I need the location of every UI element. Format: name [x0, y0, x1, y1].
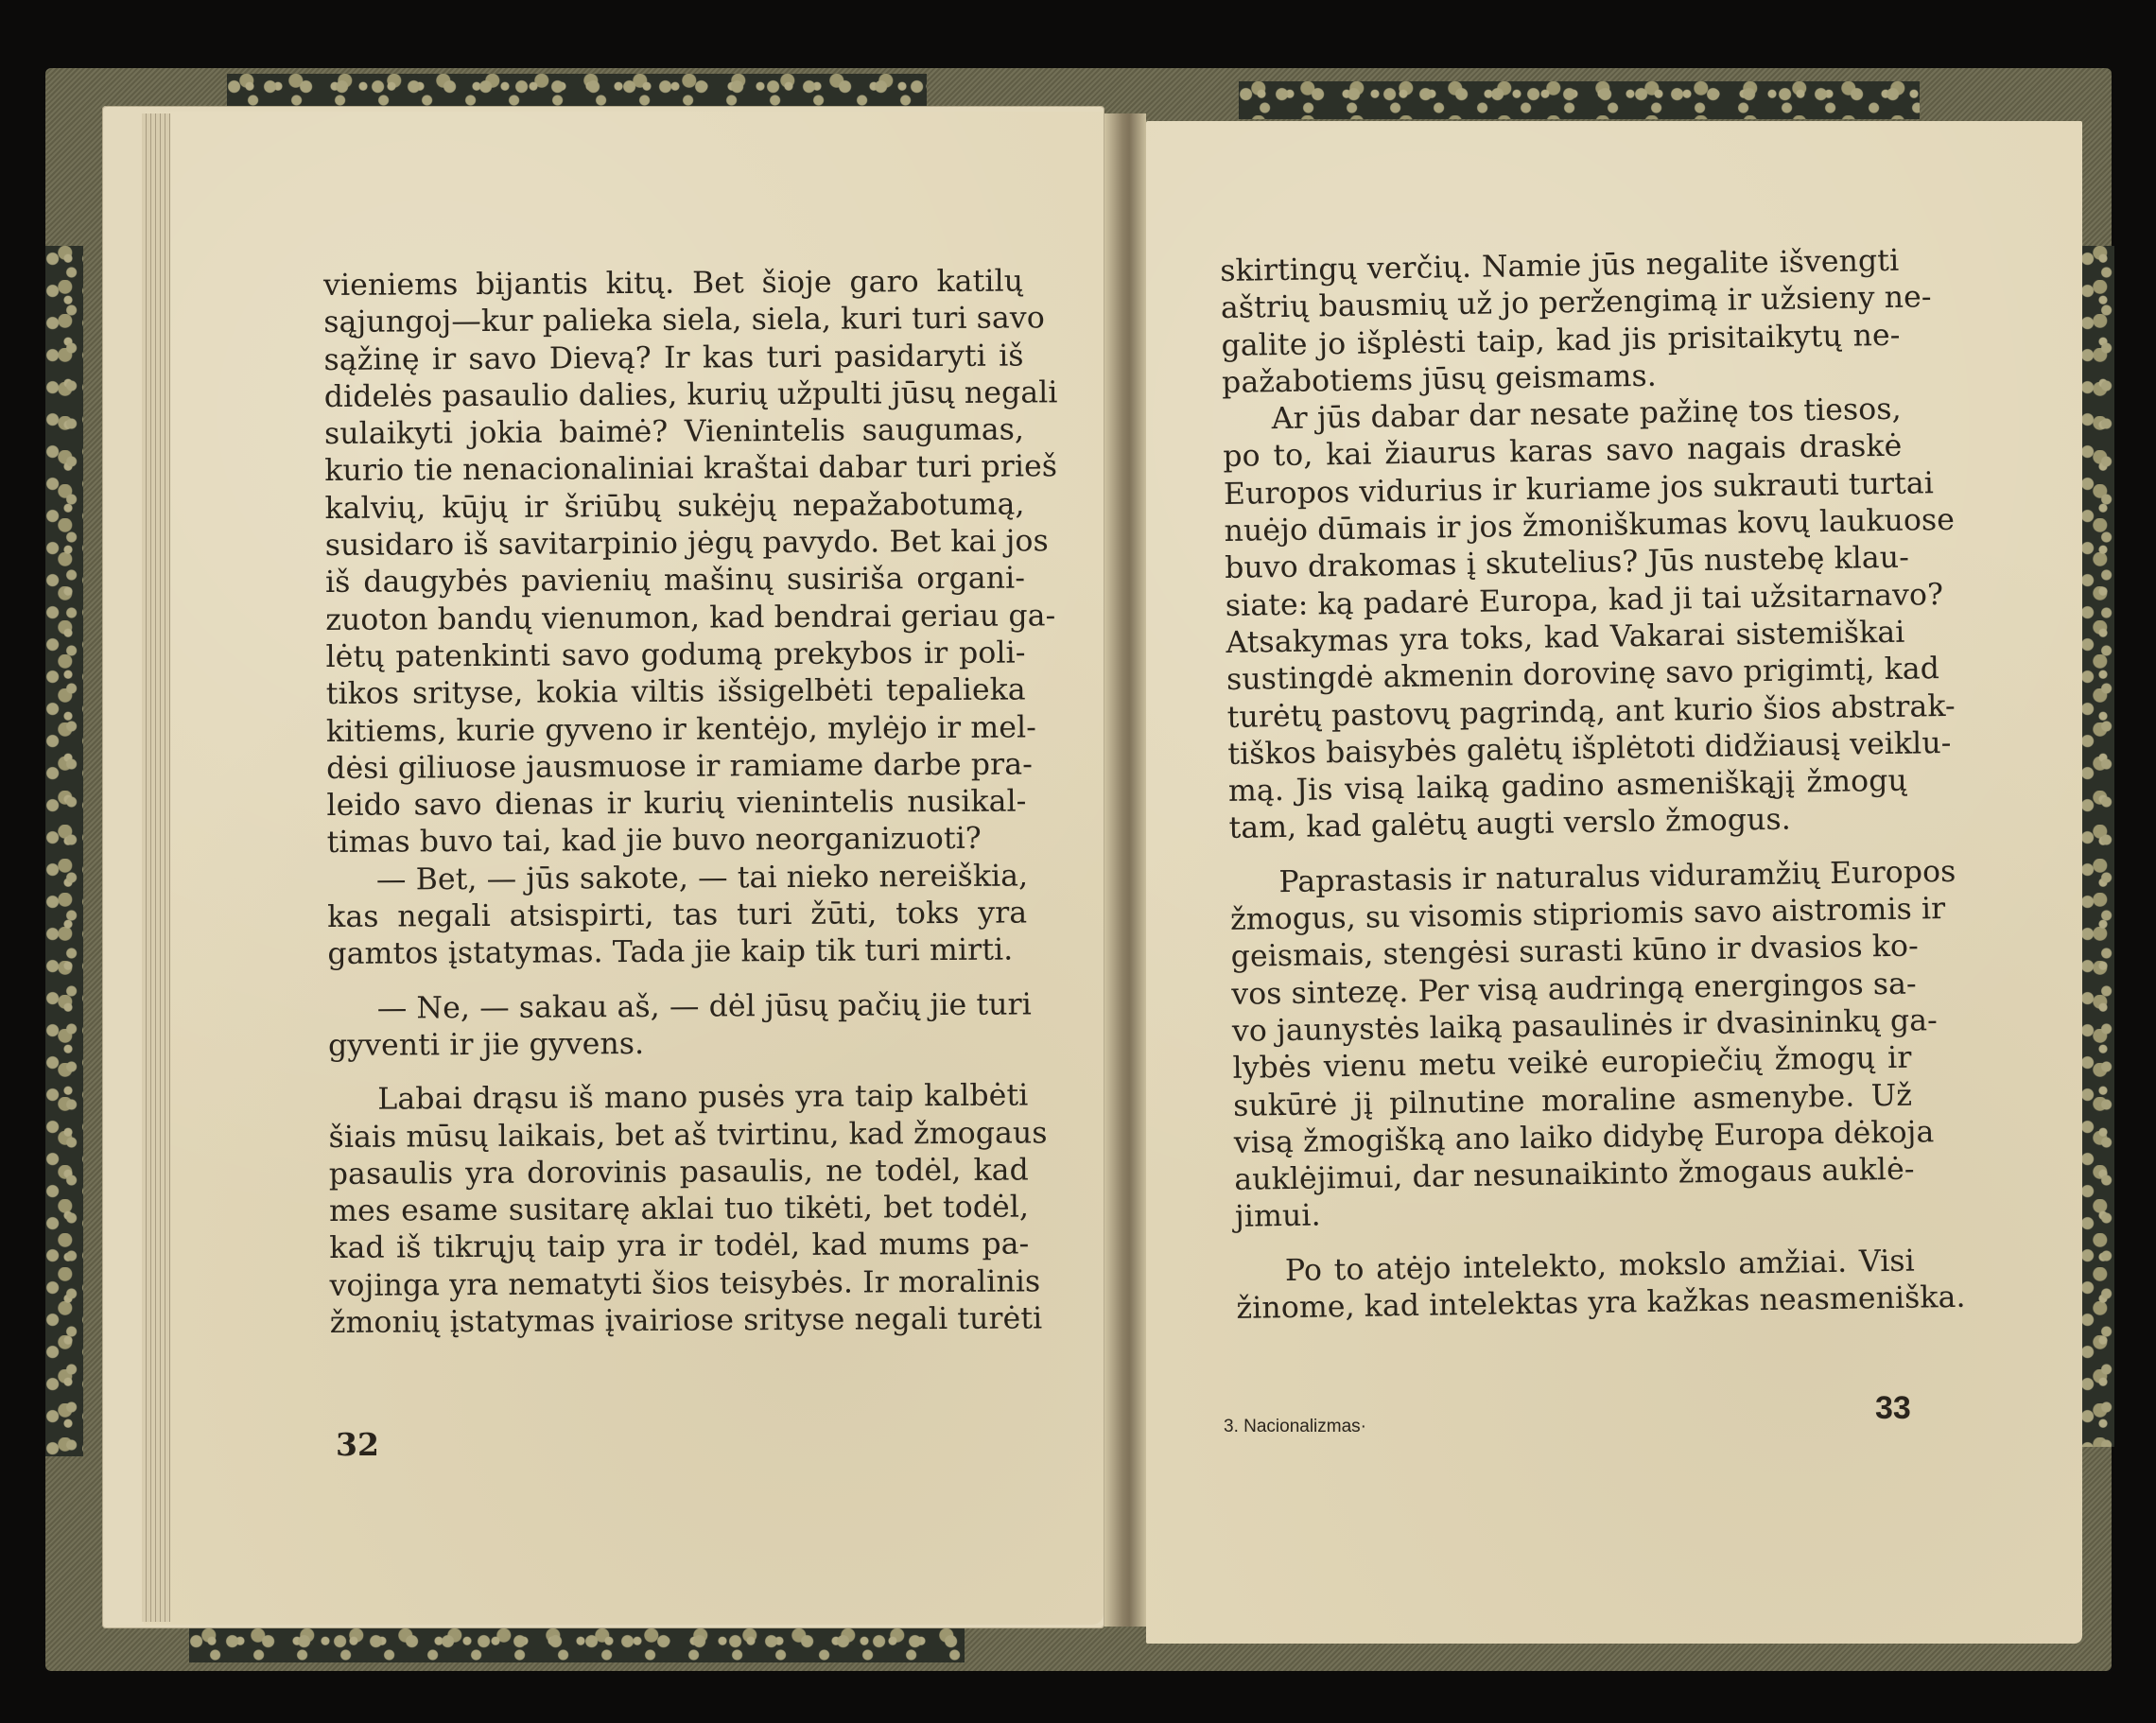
page-edges	[142, 113, 170, 1622]
text-line: vojinga yra nematyti šios teisybės. Ir m…	[329, 1263, 1029, 1305]
book-gutter	[1104, 113, 1146, 1627]
text-line: kitiems, kurie gyveno ir kentėjo, mylėjo…	[326, 709, 1026, 751]
text-line: sąžinę ir savo Dievą? Ir kas turi pasida…	[323, 338, 1023, 379]
text-line: — Bet, — jūs sakote, — tai nieko nereišk…	[327, 858, 1027, 899]
right-page-body: skirtingų verčių. Namie jūs negalite išv…	[1220, 243, 1916, 1328]
text-line: susidaro iš savitarpinio jėgų pavydo. Be…	[325, 524, 1025, 566]
text-line: gamtos įstatymas. Tada jie kaip tik turi…	[327, 932, 1027, 974]
text-line: sąjungoj—kur palieka siela, siela, kuri …	[323, 301, 1023, 342]
page-number-left: 32	[336, 1426, 379, 1463]
text-line: dėsi giliuose jausmuose ir ramiame darbe…	[326, 746, 1026, 788]
text-line: — Ne, — sakau aš, — dėl jūsų pačių jie t…	[328, 986, 1028, 1028]
signature-mark: 3. Nacionalizmas·	[1224, 1417, 1366, 1437]
marbled-board-left	[45, 246, 83, 1456]
text-line: kalvių, kūjų ir šriūbų sukėjų nepažabotu…	[324, 486, 1024, 528]
page-number-right: 33	[1875, 1390, 1911, 1427]
text-line: kas negali atsispirti, tas turi žūti, to…	[327, 896, 1027, 937]
left-page-body: vieniems bijantis kitų. Bet šioje garo k…	[323, 263, 1030, 1342]
text-line: zuoton bandų vienumon, kad bendrai geria…	[325, 598, 1025, 639]
text-line: tikos srityse, kokia viltis išsigelbėti …	[326, 672, 1026, 714]
text-line: sulaikyti jokia baimė? Vienintelis saugu…	[324, 412, 1024, 454]
text-line: didelės pasaulio dalies, kurių užpulti j…	[324, 374, 1024, 416]
text-line: šiais mūsų laikais, bet aš tvirtinu, kad…	[329, 1115, 1029, 1157]
text-line: mes esame susitarę aklai tuo tikėti, bet…	[329, 1190, 1029, 1231]
text-line: lėtų patenkinti savo godumą prekybos ir …	[325, 635, 1025, 676]
text-line: iš daugybės pavienių mašinų susiriša org…	[325, 561, 1025, 602]
marbled-board-bottom	[189, 1628, 965, 1662]
text-line: gyventi ir jie gyvens.	[328, 1023, 1028, 1065]
text-line: timas buvo tai, kad jie buvo neorganizuo…	[327, 821, 1027, 862]
text-line: leido savo dienas ir kurių vienintelis n…	[326, 784, 1026, 826]
text-line: kurio tie nenacionaliniai kraštai dabar …	[324, 449, 1024, 491]
text-line: vieniems bijantis kitų. Bet šioje garo k…	[323, 263, 1023, 305]
text-line: žmonių įstatymas įvairiose srityse negal…	[330, 1300, 1030, 1342]
text-line: Labai drąsu iš mano pusės yra taip kalbė…	[328, 1078, 1028, 1120]
text-line: kad iš tikrųjų taip yra ir todėl, kad mu…	[329, 1227, 1029, 1268]
text-line: pasaulis yra dorovinis pasaulis, ne todė…	[329, 1152, 1029, 1193]
marbled-board-right	[2080, 246, 2114, 1447]
marbled-board-top-right	[1239, 81, 1920, 119]
